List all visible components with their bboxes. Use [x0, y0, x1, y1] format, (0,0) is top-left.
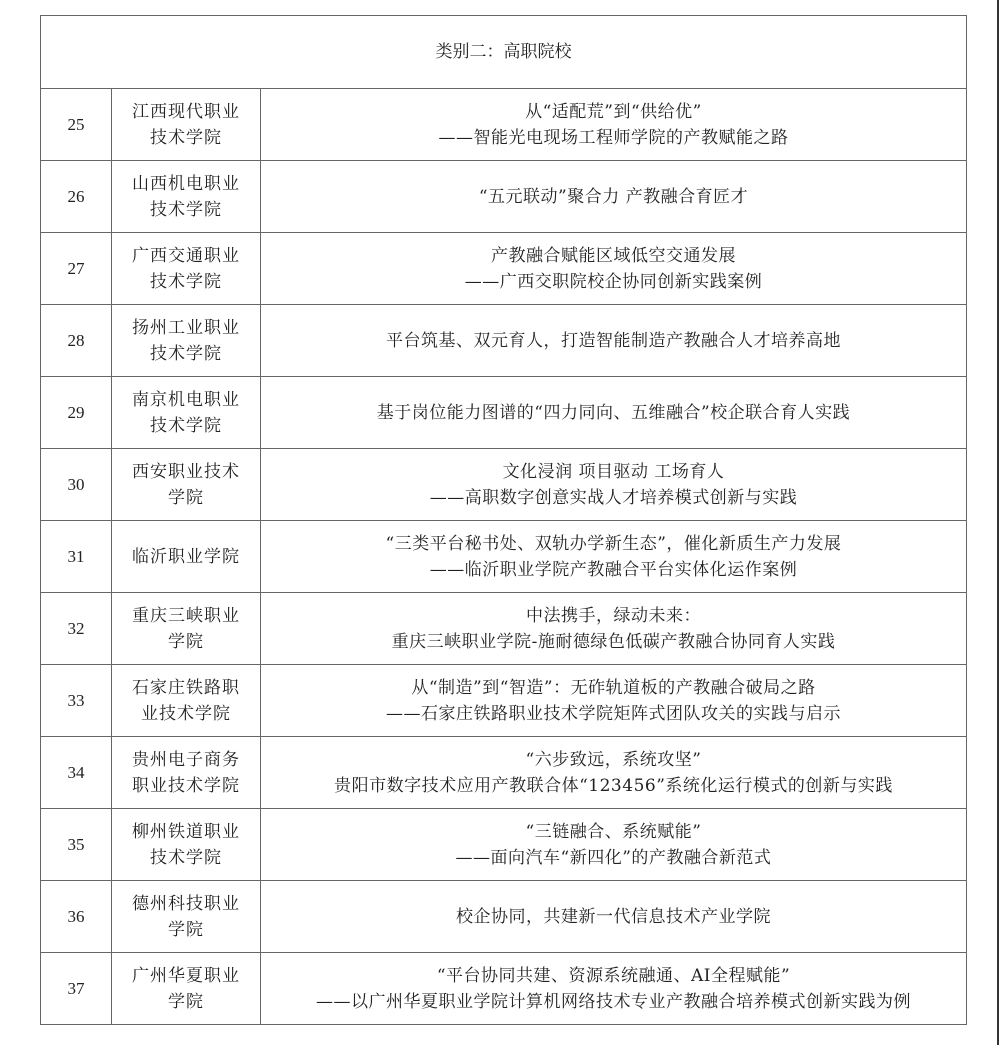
- school-name-line: 技术学院: [112, 845, 260, 871]
- table-row: 37广州华夏职业学院“平台协同共建、资源系统融通、AI全程赋能”——以广州华夏职…: [41, 953, 967, 1025]
- school-name-line: 西安职业技术: [112, 459, 260, 485]
- school-name-line: 学院: [112, 485, 260, 511]
- school-name-cell: 临沂职业学院: [112, 521, 261, 593]
- row-number: 33: [41, 665, 112, 737]
- case-title-line: 重庆三峡职业学院-施耐德绿色低碳产教融合协同育人实践: [261, 629, 966, 655]
- table-row: 26山西机电职业技术学院“五元联动”聚合力 产教融合育匠才: [41, 161, 967, 233]
- row-number: 31: [41, 521, 112, 593]
- row-number: 36: [41, 881, 112, 953]
- table-row: 31临沂职业学院“三类平台秘书处、双轨办学新生态”，催化新质生产力发展——临沂职…: [41, 521, 967, 593]
- case-title-line: “平台协同共建、资源系统融通、AI全程赋能”: [261, 963, 966, 989]
- case-title-cell: 校企协同，共建新一代信息技术产业学院: [261, 881, 967, 953]
- case-title-line: 文化浸润 项目驱动 工场育人: [261, 459, 966, 485]
- table-row: 27广西交通职业技术学院产教融合赋能区域低空交通发展——广西交职院校企协同创新实…: [41, 233, 967, 305]
- school-name-line: 德州科技职业: [112, 891, 260, 917]
- school-name-cell: 石家庄铁路职业技术学院: [112, 665, 261, 737]
- row-number: 27: [41, 233, 112, 305]
- table-row: 28扬州工业职业技术学院平台筑基、双元育人，打造智能制造产教融合人才培养高地: [41, 305, 967, 377]
- school-name-line: 扬州工业职业: [112, 315, 260, 341]
- school-name-cell: 江西现代职业技术学院: [112, 89, 261, 161]
- school-name-cell: 广州华夏职业学院: [112, 953, 261, 1025]
- school-name-cell: 西安职业技术学院: [112, 449, 261, 521]
- school-name-line: 业技术学院: [112, 701, 260, 727]
- case-title-cell: 平台筑基、双元育人，打造智能制造产教融合人才培养高地: [261, 305, 967, 377]
- case-title-cell: “五元联动”聚合力 产教融合育匠才: [261, 161, 967, 233]
- row-number: 26: [41, 161, 112, 233]
- school-name-line: 重庆三峡职业: [112, 603, 260, 629]
- school-name-line: 学院: [112, 989, 260, 1015]
- case-title-line: 校企协同，共建新一代信息技术产业学院: [261, 904, 966, 930]
- case-title-line: ——广西交职院校企协同创新实践案例: [261, 269, 966, 295]
- case-title-line: ——以广州华夏职业学院计算机网络技术专业产教融合培养模式创新实践为例: [261, 989, 966, 1015]
- row-number: 34: [41, 737, 112, 809]
- case-title-cell: 基于岗位能力图谱的“四力同向、五维融合”校企联合育人实践: [261, 377, 967, 449]
- case-title-line: 贵阳市数字技术应用产教联合体“123456”系统化运行模式的创新与实践: [261, 773, 966, 799]
- case-title-line: 从“制造”到“智造”：无砟轨道板的产教融合破局之路: [261, 675, 966, 701]
- school-name-line: 石家庄铁路职: [112, 675, 260, 701]
- case-title-line: ——智能光电现场工程师学院的产教赋能之路: [261, 125, 966, 151]
- table-row: 32重庆三峡职业学院中法携手，绿动未来：重庆三峡职业学院-施耐德绿色低碳产教融合…: [41, 593, 967, 665]
- case-title-line: ——面向汽车“新四化”的产教融合新范式: [261, 845, 966, 871]
- school-name-line: 学院: [112, 629, 260, 655]
- school-name-cell: 柳州铁道职业技术学院: [112, 809, 261, 881]
- case-title-cell: 从“适配荒”到“供给优”——智能光电现场工程师学院的产教赋能之路: [261, 89, 967, 161]
- cases-table: 类别二：高职院校 25江西现代职业技术学院从“适配荒”到“供给优”——智能光电现…: [40, 15, 967, 1025]
- school-name-line: 临沂职业学院: [112, 544, 260, 570]
- case-title-line: 中法携手，绿动未来：: [261, 603, 966, 629]
- school-name-cell: 山西机电职业技术学院: [112, 161, 261, 233]
- table-row: 33石家庄铁路职业技术学院从“制造”到“智造”：无砟轨道板的产教融合破局之路——…: [41, 665, 967, 737]
- case-title-cell: “三类平台秘书处、双轨办学新生态”，催化新质生产力发展——临沂职业学院产教融合平…: [261, 521, 967, 593]
- school-name-line: 技术学院: [112, 125, 260, 151]
- row-number: 35: [41, 809, 112, 881]
- school-name-line: 职业技术学院: [112, 773, 260, 799]
- case-title-cell: 从“制造”到“智造”：无砟轨道板的产教融合破局之路——石家庄铁路职业技术学院矩阵…: [261, 665, 967, 737]
- case-title-line: “三类平台秘书处、双轨办学新生态”，催化新质生产力发展: [261, 531, 966, 557]
- row-number: 37: [41, 953, 112, 1025]
- case-title-line: “三链融合、系统赋能”: [261, 819, 966, 845]
- school-name-cell: 德州科技职业学院: [112, 881, 261, 953]
- school-name-line: 柳州铁道职业: [112, 819, 260, 845]
- row-number: 28: [41, 305, 112, 377]
- row-number: 32: [41, 593, 112, 665]
- table-row: 34贵州电子商务职业技术学院“六步致远，系统攻坚”贵阳市数字技术应用产教联合体“…: [41, 737, 967, 809]
- case-title-cell: 文化浸润 项目驱动 工场育人——高职数字创意实战人才培养模式创新与实践: [261, 449, 967, 521]
- school-name-line: 技术学院: [112, 197, 260, 223]
- case-title-line: ——临沂职业学院产教融合平台实体化运作案例: [261, 557, 966, 583]
- school-name-line: 南京机电职业: [112, 387, 260, 413]
- case-title-line: ——石家庄铁路职业技术学院矩阵式团队攻关的实践与启示: [261, 701, 966, 727]
- school-name-line: 江西现代职业: [112, 99, 260, 125]
- school-name-cell: 广西交通职业技术学院: [112, 233, 261, 305]
- case-title-cell: 产教融合赋能区域低空交通发展——广西交职院校企协同创新实践案例: [261, 233, 967, 305]
- case-title-cell: 中法携手，绿动未来：重庆三峡职业学院-施耐德绿色低碳产教融合协同育人实践: [261, 593, 967, 665]
- row-number: 29: [41, 377, 112, 449]
- table-row: 25江西现代职业技术学院从“适配荒”到“供给优”——智能光电现场工程师学院的产教…: [41, 89, 967, 161]
- table-row: 30西安职业技术学院文化浸润 项目驱动 工场育人——高职数字创意实战人才培养模式…: [41, 449, 967, 521]
- case-title-line: 从“适配荒”到“供给优”: [261, 99, 966, 125]
- school-name-cell: 贵州电子商务职业技术学院: [112, 737, 261, 809]
- case-title-line: “六步致远，系统攻坚”: [261, 747, 966, 773]
- row-number: 25: [41, 89, 112, 161]
- case-title-cell: “三链融合、系统赋能”——面向汽车“新四化”的产教融合新范式: [261, 809, 967, 881]
- case-title-line: 基于岗位能力图谱的“四力同向、五维融合”校企联合育人实践: [261, 400, 966, 426]
- case-title-line: “五元联动”聚合力 产教融合育匠才: [261, 184, 966, 210]
- school-name-line: 山西机电职业: [112, 171, 260, 197]
- school-name-line: 贵州电子商务: [112, 747, 260, 773]
- school-name-line: 技术学院: [112, 413, 260, 439]
- case-title-cell: “六步致远，系统攻坚”贵阳市数字技术应用产教联合体“123456”系统化运行模式…: [261, 737, 967, 809]
- school-name-line: 学院: [112, 917, 260, 943]
- table-row: 35柳州铁道职业技术学院“三链融合、系统赋能”——面向汽车“新四化”的产教融合新…: [41, 809, 967, 881]
- school-name-line: 广西交通职业: [112, 243, 260, 269]
- row-number: 30: [41, 449, 112, 521]
- category-header-row: 类别二：高职院校: [41, 16, 967, 89]
- category-title: 类别二：高职院校: [41, 16, 967, 89]
- case-title-line: 产教融合赋能区域低空交通发展: [261, 243, 966, 269]
- school-name-cell: 扬州工业职业技术学院: [112, 305, 261, 377]
- case-title-cell: “平台协同共建、资源系统融通、AI全程赋能”——以广州华夏职业学院计算机网络技术…: [261, 953, 967, 1025]
- case-title-line: ——高职数字创意实战人才培养模式创新与实践: [261, 485, 966, 511]
- school-name-line: 广州华夏职业: [112, 963, 260, 989]
- case-title-line: 平台筑基、双元育人，打造智能制造产教融合人才培养高地: [261, 328, 966, 354]
- school-name-cell: 重庆三峡职业学院: [112, 593, 261, 665]
- table-row: 29南京机电职业技术学院基于岗位能力图谱的“四力同向、五维融合”校企联合育人实践: [41, 377, 967, 449]
- school-name-cell: 南京机电职业技术学院: [112, 377, 261, 449]
- school-name-line: 技术学院: [112, 341, 260, 367]
- school-name-line: 技术学院: [112, 269, 260, 295]
- table-row: 36德州科技职业学院校企协同，共建新一代信息技术产业学院: [41, 881, 967, 953]
